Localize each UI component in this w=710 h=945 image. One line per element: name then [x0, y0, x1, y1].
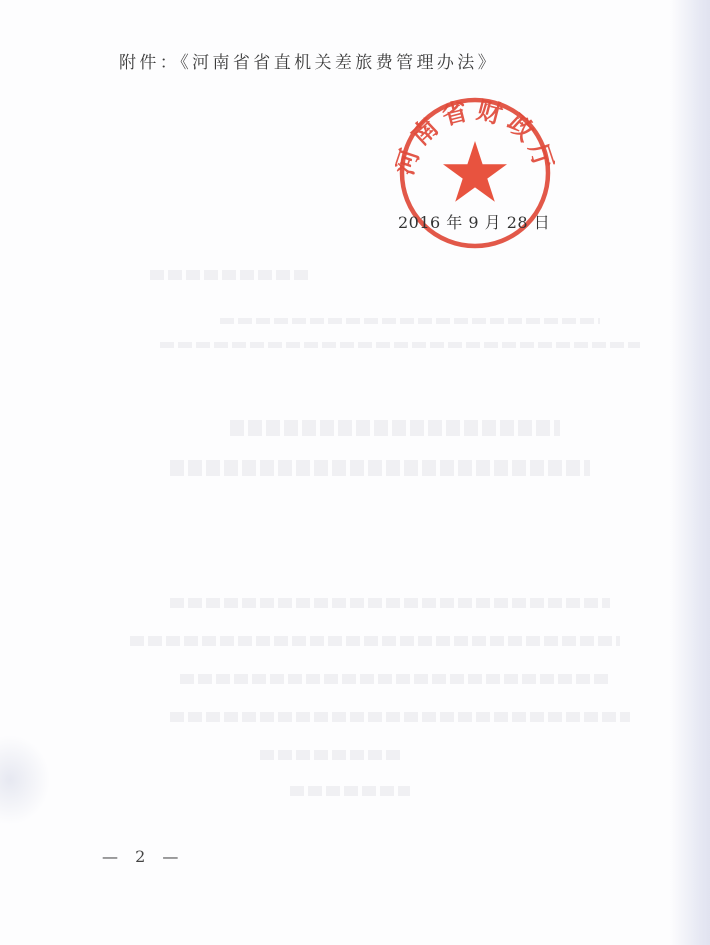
star-icon	[443, 141, 507, 202]
bleed-through-line	[260, 750, 400, 760]
bleed-through-line	[170, 598, 610, 608]
document-page: 附件：《河南省省直机关差旅费管理办法》 河南省财政厅 2016 年 9 月 28…	[0, 0, 710, 945]
bleed-through-line	[170, 712, 630, 722]
bleed-through-line	[290, 786, 410, 796]
bleed-through-rule	[150, 270, 310, 280]
bleed-through-line	[130, 636, 620, 646]
bleed-through-rule	[160, 342, 640, 348]
bleed-through-line	[170, 460, 590, 476]
document-date: 2016 年 9 月 28 日	[398, 210, 550, 233]
bleed-through-line	[180, 674, 610, 684]
page-number: — 2 —	[102, 847, 184, 866]
bleed-through-line	[230, 420, 560, 436]
bleed-through-rule	[220, 318, 600, 324]
attachment-line: 附件：《河南省省直机关差旅费管理办法》	[119, 48, 498, 73]
